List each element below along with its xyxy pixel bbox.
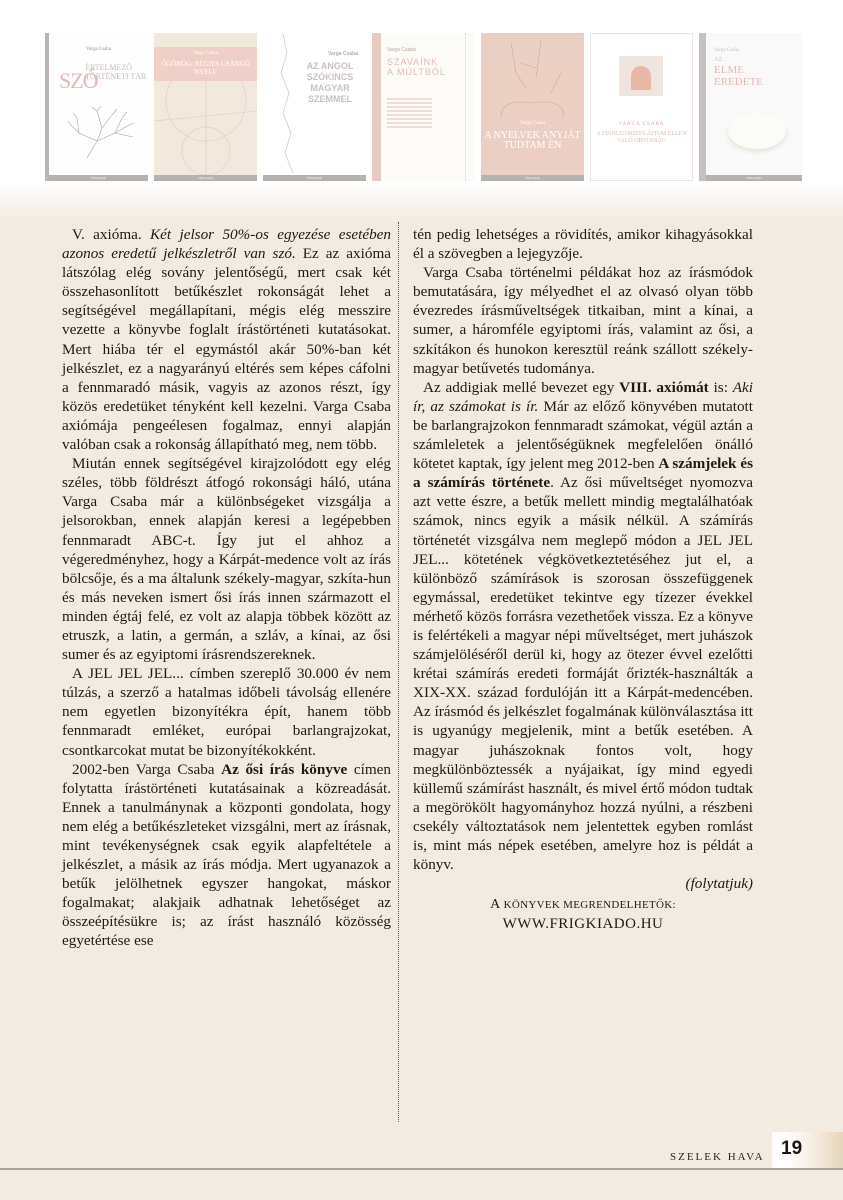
cover-title: SZAVAINK A MÚLTBÓL xyxy=(387,57,447,77)
paragraph: Varga Csaba történelmi példákat hoz az í… xyxy=(413,263,753,378)
paragraph-text: címen folytatta írástörténeti kutatásain… xyxy=(62,761,391,950)
cover-publisher: FRIG Kiadó xyxy=(263,175,366,181)
article-column-left: V. axióma. Két jelsor 50%-os egyezése es… xyxy=(62,225,391,951)
ornamental-strip xyxy=(465,33,472,181)
order-notice-text: KÖNYVEK MEGRENDELHETŐK: xyxy=(501,899,676,911)
cover-contents-list xyxy=(387,98,432,130)
astrolabe-drawing-icon xyxy=(154,81,257,175)
magazine-issue-label: SZELEK HAVA xyxy=(670,1151,765,1163)
paragraph-text: Ez az axióma látszólag elég sovány jelen… xyxy=(62,245,391,453)
cover-title: AZ ELME EREDETE xyxy=(714,57,774,88)
cover-publisher: FRIG Kiadó xyxy=(49,175,148,181)
book-cover-ogorog: Varga Csaba ŐGÖRÖG: RÉGIES CSÁNGÓ NYELV … xyxy=(154,33,257,181)
paragraph-text: . Az ősi műveltséget nyomozva azt vette … xyxy=(413,474,753,873)
paragraph-axiom-8: Az addigiak mellé bevezet egy VIII. axió… xyxy=(413,378,753,874)
cover-publisher: FRIG Kiadó xyxy=(154,175,257,181)
paragraph: tén pedig lehetséges a rövidítés, amikor… xyxy=(413,225,753,263)
cover-author: Varga Csaba xyxy=(49,47,148,52)
axiom-label: V. axióma. xyxy=(72,226,150,243)
cover-author: VARGA CSABA xyxy=(591,122,692,127)
brain-illustration-icon xyxy=(728,113,786,149)
paragraph-text: is: xyxy=(709,379,733,396)
book-cover-finnugorista-afium: VARGA CSABA A FINNUGORISTA ÁFIUM ELLEN V… xyxy=(590,33,693,181)
book-cover-szavaink: Varga Csaba SZAVAINK A MÚLTBÓL xyxy=(372,33,475,181)
band-fade xyxy=(0,185,843,225)
book-cover-elme-eredete: Varga Csaba AZ ELME EREDETE FRIG Kiadó xyxy=(699,33,802,181)
column-divider xyxy=(398,222,399,1122)
cover-author: Varga Csaba xyxy=(328,51,358,57)
footer-rule xyxy=(0,1168,843,1170)
book-cover-angol-szokincs: Varga Csaba AZ ANGOL SZÓKINCS MAGYAR SZE… xyxy=(263,33,366,181)
cover-publisher: FRIG Kiadó xyxy=(481,175,584,181)
tree-illustration-icon xyxy=(67,103,137,158)
book-cover-szo-ertelmezo: Varga Csaba SZÓ ÉRTELMEZŐ TÖRTÉNETI TÁR … xyxy=(45,33,148,181)
order-notice-cap: A xyxy=(490,897,500,912)
cover-author: Varga Csaba xyxy=(481,121,584,126)
paragraph: Miután ennek segítségével kirajzoló­dott… xyxy=(62,454,391,664)
cover-title: ŐGÖRÖG: RÉGIES CSÁNGÓ NYELV xyxy=(154,60,257,76)
cover-title: ÉRTELMEZŐ TÖRTÉNETI TÁR xyxy=(85,63,148,81)
cover-title-main: ELME EREDETE xyxy=(714,64,774,88)
cover-author: Varga Csaba xyxy=(387,47,416,53)
cover-title: AZ ANGOL SZÓKINCS MAGYAR SZEMMEL xyxy=(300,61,360,105)
book-covers-strip: Varga Csaba SZÓ ÉRTELMEZŐ TÖRTÉNETI TÁR … xyxy=(45,33,800,183)
article-column-right: tén pedig lehetséges a rövidítés, amikor… xyxy=(413,225,753,934)
sketch-drawing-icon xyxy=(481,33,584,123)
publisher-url-link[interactable]: WWW.FRIGKIADO.HU xyxy=(413,915,753,934)
cover-title: A FINNUGORISTA ÁFIUM ELLEN VALÓ ORVOSSÁG xyxy=(591,131,692,145)
cover-author: Varga Csaba xyxy=(154,51,257,56)
axiom-label: VIII. axiómát xyxy=(619,379,709,396)
map-outline-icon xyxy=(263,33,313,181)
paragraph-axiom-5: V. axióma. Két jelsor 50%-os egyezése es… xyxy=(62,225,391,454)
paragraph-text: Az addigiak mellé bevezet egy xyxy=(423,379,619,396)
paragraph: 2002-ben Varga Csaba Az ősi írás könyve … xyxy=(62,760,391,951)
cover-title-prefix: AZ xyxy=(714,57,774,64)
page-number: 19 xyxy=(781,1138,802,1160)
continued-note: (folytatjuk) xyxy=(413,874,753,893)
cover-picture xyxy=(619,56,663,96)
book-cover-nyelvek-anyjat: Varga Csaba A NYELVEK ANYJÁT TUDTAM ÉN F… xyxy=(481,33,584,181)
cover-title: A NYELVEK ANYJÁT TUDTAM ÉN xyxy=(481,131,584,151)
book-title: Az ősi írás könyve xyxy=(221,761,347,778)
cover-publisher: FRIG Kiadó xyxy=(706,175,802,181)
order-notice: A KÖNYVEK MEGRENDELHETŐK: xyxy=(413,895,753,915)
paragraph: A JEL JEL JEL... címben szereplő 30.000 … xyxy=(62,664,391,759)
cover-author: Varga Csaba xyxy=(714,48,739,53)
paragraph-text: 2002-ben Varga Csaba xyxy=(72,761,221,778)
